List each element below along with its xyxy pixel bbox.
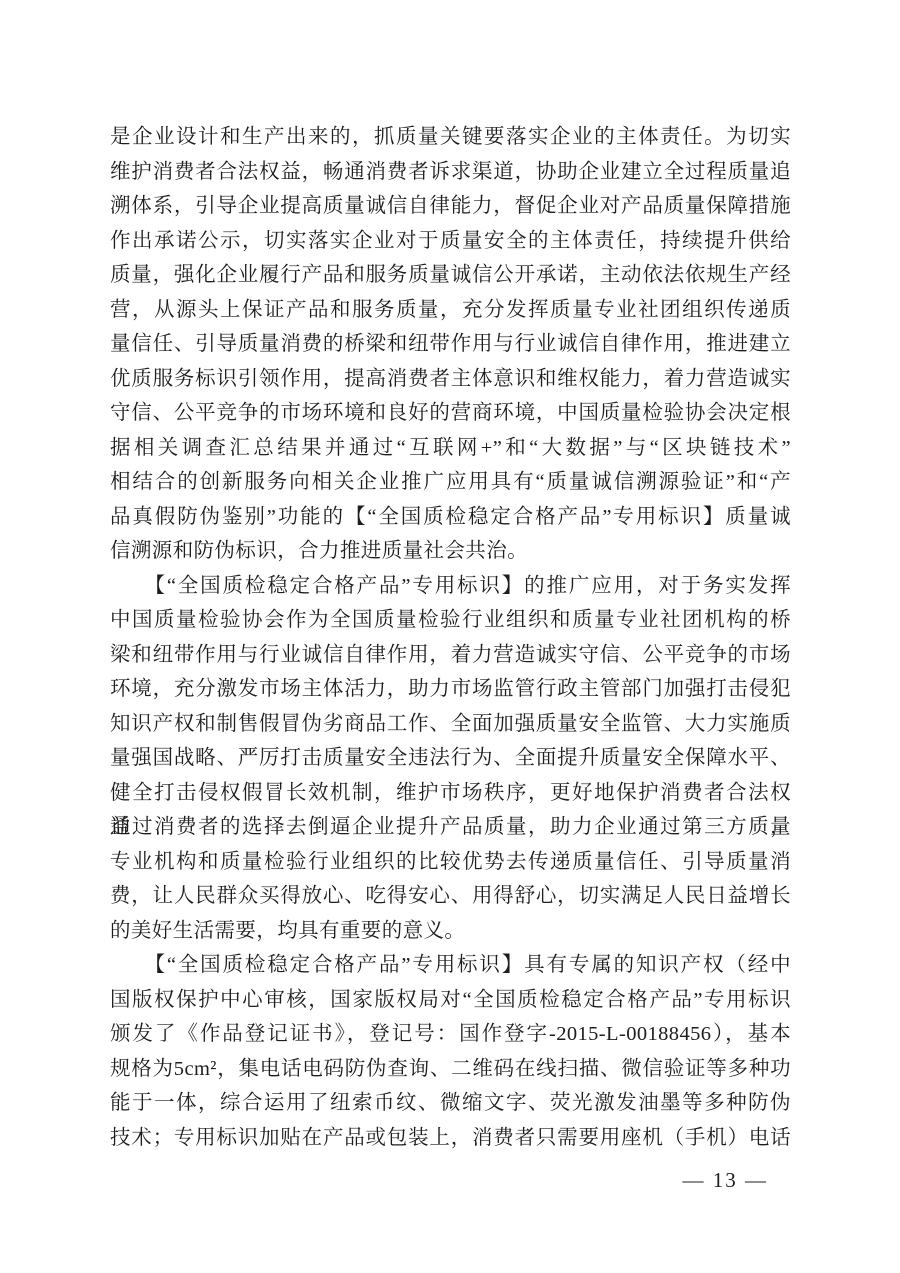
text-line: 健全打击侵权假冒长效机制，维护市场秩序，更好地保护消费者合法权益，	[110, 776, 791, 811]
text-line: 品真假防伪鉴别”功能的【“全国质检稳定合格产品”专用标识】质量诚	[110, 500, 791, 535]
text-line: 量信任、引导质量消费的桥梁和纽带作用与行业诚信自律作用，推进建立	[110, 327, 791, 362]
text-line: 量强国战略、严厉打击质量安全违法行为、全面提升质量安全保障水平、	[110, 741, 791, 776]
text-line: 中国质量检验协会作为全国质量检验行业组织和质量专业社团机构的桥	[110, 603, 791, 638]
text-line: 【“全国质检稳定合格产品”专用标识】的推广应用，对于务实发挥	[110, 569, 791, 604]
text-line: 专业机构和质量检验行业组织的比较优势去传递质量信任、引导质量消	[110, 845, 791, 880]
paragraph-2: 【“全国质检稳定合格产品”专用标识】的推广应用，对于务实发挥中国质量检验协会作为…	[110, 569, 791, 949]
text-line: 信溯源和防伪标识，合力推进质量社会共治。	[110, 534, 791, 569]
text-line: 梁和纽带作用与行业诚信自律作用，着力营造诚实守信、公平竞争的市场	[110, 638, 791, 673]
text-line: 规格为5cm²，集电话电码防伪查询、二维码在线扫描、微信验证等多种功	[110, 1052, 791, 1087]
text-line: 营，从源头上保证产品和服务质量，充分发挥质量专业社团组织传递质	[110, 293, 791, 328]
text-line: 通过消费者的选择去倒逼企业提升产品质量，助力企业通过第三方质量	[110, 810, 791, 845]
document-page: 是企业设计和生产出来的，抓质量关键要落实企业的主体责任。为切实维护消费者合法权益…	[0, 0, 900, 1273]
text-line: 相结合的创新服务向相关企业推广应用具有“质量诚信溯源验证”和“产	[110, 465, 791, 500]
text-line: 优质服务标识引领作用，提高消费者主体意识和维权能力，着力营造诚实	[110, 362, 791, 397]
text-line: 【“全国质检稳定合格产品”专用标识】具有专属的知识产权（经中	[110, 948, 791, 983]
text-line: 费，让人民群众买得放心、吃得安心、用得舒心，切实满足人民日益增长	[110, 879, 791, 914]
text-line: 国版权保护中心审核，国家版权局对“全国质检稳定合格产品”专用标识	[110, 983, 791, 1018]
text-line: 质量，强化企业履行产品和服务质量诚信公开承诺，主动依法依规生产经	[110, 258, 791, 293]
text-line: 的美好生活需要，均具有重要的意义。	[110, 914, 791, 949]
page-number: — 13 —	[683, 1168, 769, 1193]
paragraph-3: 【“全国质检稳定合格产品”专用标识】具有专属的知识产权（经中国版权保护中心审核，…	[110, 948, 791, 1155]
text-line: 据相关调查汇总结果并通过“互联网+”和“大数据”与“区块链技术”	[110, 431, 791, 466]
text-line: 技术；专用标识加贴在产品或包装上，消费者只需要用座机（手机）电话	[110, 1121, 791, 1156]
document-body: 是企业设计和生产出来的，抓质量关键要落实企业的主体责任。为切实维护消费者合法权益…	[110, 120, 791, 1155]
text-line: 能于一体，综合运用了纽索币纹、微缩文字、荧光激发油墨等多种防伪	[110, 1086, 791, 1121]
text-line: 维护消费者合法权益，畅通消费者诉求渠道，协助企业建立全过程质量追	[110, 155, 791, 190]
text-line: 颁发了《作品登记证书》，登记号：国作登字-2015-L-00188456），基本	[110, 1017, 791, 1052]
paragraph-1: 是企业设计和生产出来的，抓质量关键要落实企业的主体责任。为切实维护消费者合法权益…	[110, 120, 791, 569]
text-line: 是企业设计和生产出来的，抓质量关键要落实企业的主体责任。为切实	[110, 120, 791, 155]
text-line: 溯体系，引导企业提高质量诚信自律能力，督促企业对产品质量保障措施	[110, 189, 791, 224]
text-line: 作出承诺公示，切实落实企业对于质量安全的主体责任，持续提升供给	[110, 224, 791, 259]
text-line: 守信、公平竞争的市场环境和良好的营商环境，中国质量检验协会决定根	[110, 396, 791, 431]
text-line: 环境，充分激发市场主体活力，助力市场监管行政主管部门加强打击侵犯	[110, 672, 791, 707]
text-line: 知识产权和制售假冒伪劣商品工作、全面加强质量安全监管、大力实施质	[110, 707, 791, 742]
